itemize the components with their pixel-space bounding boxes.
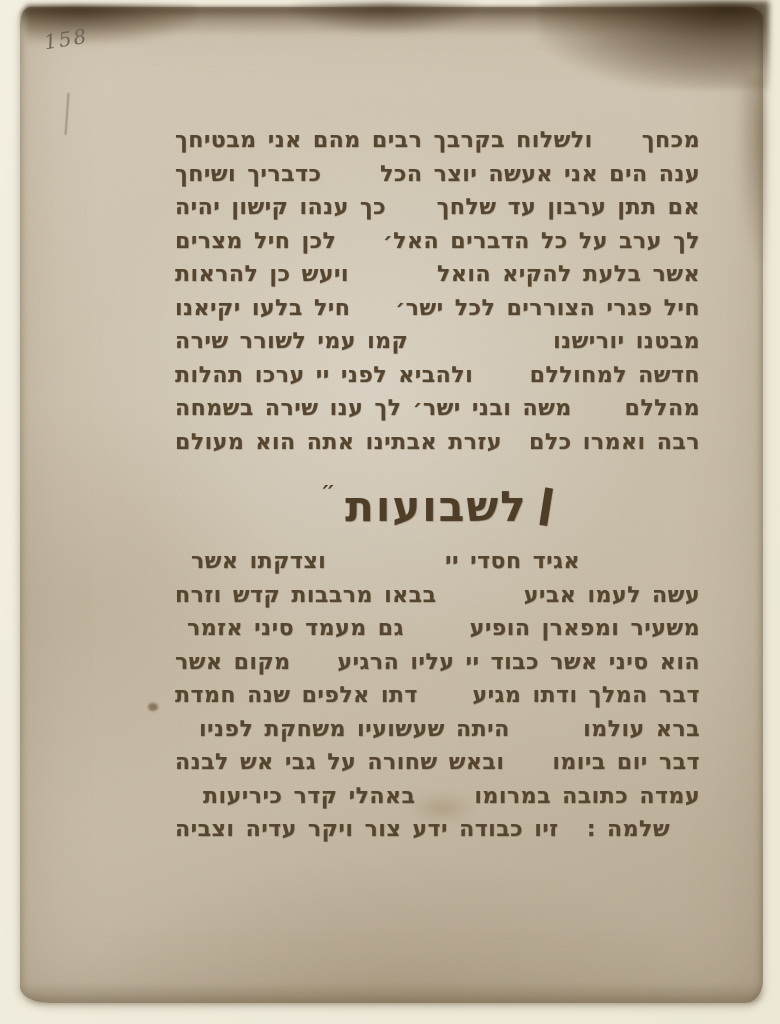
hemistich-right: רבה ואמרו כלם — [529, 430, 700, 455]
piyyut-block-shavuot: אגיד חסדי ייוצדקתו אשרעשה לעמו אביעבבאו … — [175, 549, 700, 851]
section-heading-shavuot: לשבועות — [345, 482, 527, 531]
manuscript-line: עמדה כתובה במרומובאהלי קדר כיריעות — [175, 784, 700, 818]
manuscript-line: מבטנו יורישנוקמו עמי לשורר שירה — [175, 329, 700, 363]
bottom-edge-shading — [20, 983, 763, 1003]
hemistich-right: חדשה למחוללם — [530, 363, 700, 388]
manuscript-line: אשר בלעת להקיא הואלויעש כן להראות — [175, 262, 700, 296]
manuscript-line: ענה הים אני אעשה יוצר הכלכדבריך ושיחך — [175, 162, 700, 196]
manuscript-line: מהללםמשה ובני ישר׳ לך ענו שירה בשמחה — [175, 396, 700, 430]
hairline-mark — [65, 93, 70, 135]
hemistich-left: זיו כבודה ידע צור ויקר עדיה וצביה — [175, 817, 559, 842]
hemistich-right: חיל פגרי הצוררים לכל ישר׳ — [395, 296, 700, 321]
text-column: מכחךולשלוח בקרבך רבים מהם אני מבטיחךענה … — [175, 128, 700, 851]
hemistich-right: עמדה כתובה במרומו — [474, 784, 700, 809]
manuscript-line: ברא עולמוהיתה שעשועיו משחקת לפניו — [175, 717, 700, 751]
manuscript-line: שלמה ׃זיו כבודה ידע צור ויקר עדיה וצביה — [175, 817, 700, 851]
hemistich-left: דתו אלפים שנה חמדת — [175, 683, 418, 708]
hemistich-left: וצדקתו אשר — [191, 549, 326, 574]
manuscript-photo: { "document": { "folio_number": "158", "… — [0, 0, 780, 1024]
hemistich-right: ענה הים אני אעשה יוצר הכל — [380, 162, 700, 187]
hemistich-left: היתה שעשועיו משחקת לפניו — [199, 717, 510, 742]
manuscript-line: דבר המלך ודתו מגיעדתו אלפים שנה חמדת — [175, 683, 700, 717]
hemistich-left: בבאו מרבבות קדש וזרח — [175, 583, 437, 608]
hemistich-left: גם מעמד סיני אזמר — [187, 616, 404, 641]
manuscript-line: רבה ואמרו כלםעזרת אבתינו אתה הוא מעולם — [175, 430, 700, 464]
hemistich-left: כדבריך ושיחך — [175, 162, 321, 187]
manuscript-line: עשה לעמו אביעבבאו מרבבות קדש וזרח — [175, 583, 700, 617]
heading-flourish-mark: ן — [535, 469, 560, 527]
hemistich-left: משה ובני ישר׳ לך ענו שירה בשמחה — [175, 396, 572, 421]
hemistich-left: חיל בלעו יקיאנו — [175, 296, 350, 321]
hemistich-left: עזרת אבתינו אתה הוא מעולם — [175, 430, 502, 455]
hemistich-right: דבר יום ביומו — [552, 750, 700, 775]
hemistich-right: אם תתן ערבון עד שלחך — [437, 195, 700, 220]
manuscript-line: אגיד חסדי ייוצדקתו אשר — [175, 549, 700, 583]
manuscript-line: הוא סיני אשר כבוד יי עליו הרגיעמקום אשר — [175, 650, 700, 684]
manuscript-line: לך ערב על כל הדברים האל׳לכן חיל מצרים — [175, 229, 700, 263]
stain-right-edge — [739, 77, 765, 267]
hemistich-right: אשר בלעת להקיא הואל — [437, 262, 700, 287]
section-heading-row: ן לשבועות ״ — [175, 463, 700, 549]
hemistich-left: כך ענהו קישון יהיה — [175, 195, 386, 220]
hemistich-left: מקום אשר — [175, 650, 291, 675]
parchment-leaf: 158 מכחךולשלוח בקרבך רבים מהם אני מבטיחך… — [20, 7, 763, 1003]
hemistich-right: לך ערב על כל הדברים האל׳ — [383, 229, 700, 254]
hemistich-right: דבר המלך ודתו מגיע — [472, 683, 700, 708]
hemistich-left: ולשלוח בקרבך רבים מהם אני מבטיחך — [175, 128, 593, 153]
hemistich-right: ברא עולמו — [583, 717, 700, 742]
stain-speck-left — [148, 703, 158, 711]
hemistich-right: מבטנו יורישנו — [553, 329, 700, 354]
manuscript-line: חדשה למחוללםולהביא לפני יי ערכו תהלות — [175, 363, 700, 397]
hemistich-right: הוא סיני אשר כבוד יי עליו הרגיע — [337, 650, 700, 675]
hemistich-right: אגיד חסדי יי — [445, 549, 580, 574]
hemistich-left: ויעש כן להראות — [175, 262, 349, 287]
top-edge-stain — [20, 7, 763, 35]
hemistich-right: עשה לעמו אביע — [524, 583, 700, 608]
manuscript-line: דבר יום ביומוובאש שחורה על גבי אש לבנה — [175, 750, 700, 784]
hemistich-left: ולהביא לפני יי ערכו תהלות — [175, 363, 473, 388]
hemistich-right: מכחך — [642, 128, 700, 153]
hemistich-left: לכן חיל מצרים — [175, 229, 336, 254]
manuscript-line: משעיר ומפארן הופיעגם מעמד סיני אזמר — [175, 616, 700, 650]
manuscript-line: מכחךולשלוח בקרבך רבים מהם אני מבטיחך — [175, 128, 700, 162]
piyyut-block-sea: מכחךולשלוח בקרבך רבים מהם אני מבטיחךענה … — [175, 128, 700, 463]
hemistich-left: ובאש שחורה על גבי אש לבנה — [175, 750, 504, 775]
hemistich-right: שלמה ׃ — [587, 817, 670, 842]
hemistich-left: קמו עמי לשורר שירה — [175, 329, 408, 354]
hemistich-left: באהלי קדר כיריעות — [203, 784, 415, 809]
manuscript-line: אם תתן ערבון עד שלחךכך ענהו קישון יהיה — [175, 195, 700, 229]
heading-gershayim-mark: ״ — [321, 477, 335, 501]
hemistich-right: מהללם — [625, 396, 700, 421]
hemistich-right: משעיר ומפארן הופיע — [470, 616, 700, 641]
manuscript-line: חיל פגרי הצוררים לכל ישר׳חיל בלעו יקיאנו — [175, 296, 700, 330]
